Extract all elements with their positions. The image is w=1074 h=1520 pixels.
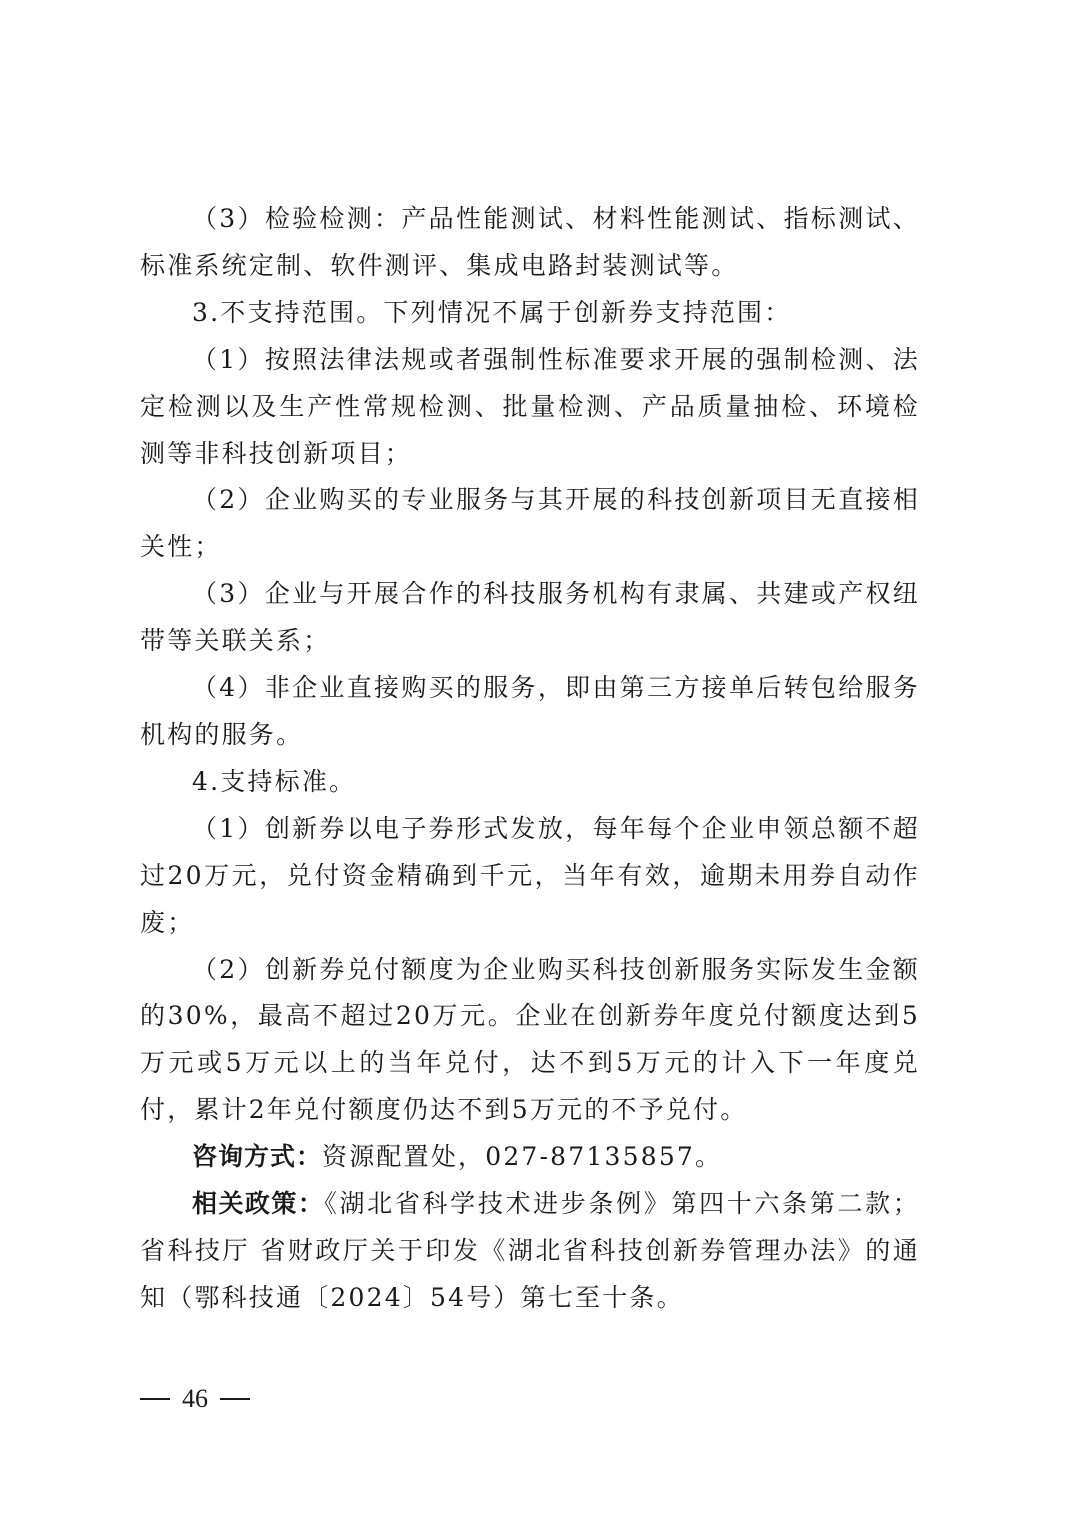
page-footer: 46 bbox=[140, 1384, 250, 1414]
paragraph-support-standard-heading: 4.支持标准。 bbox=[140, 759, 920, 806]
contact-text: 资源配置处，027-87135857。 bbox=[322, 1142, 722, 1171]
dash-left bbox=[140, 1398, 170, 1400]
paragraph-contact: 咨询方式：资源配置处，027-87135857。 bbox=[140, 1134, 920, 1181]
paragraph-related-policy: 相关政策：《湖北省科学技术进步条例》第四十六条第二款；省科技厅 省财政厅关于印发… bbox=[140, 1181, 920, 1322]
paragraph-support-standard-2: （2）创新券兑付额度为企业购买科技创新服务实际发生金额的30%，最高不超过20万… bbox=[140, 947, 920, 1135]
paragraph-unsupported-item-4: （4）非企业直接购买的服务，即由第三方接单后转包给服务机构的服务。 bbox=[140, 665, 920, 759]
document-page: （3）检验检测：产品性能测试、材料性能测试、指标测试、标准系统定制、软件测评、集… bbox=[140, 196, 920, 1322]
paragraph-unsupported-item-3: （3）企业与开展合作的科技服务机构有隶属、共建或产权纽带等关联关系； bbox=[140, 571, 920, 665]
paragraph-unsupported-scope-heading: 3.不支持范围。下列情况不属于创新券支持范围： bbox=[140, 290, 920, 337]
paragraph-unsupported-item-2: （2）企业购买的专业服务与其开展的科技创新项目无直接相关性； bbox=[140, 477, 920, 571]
paragraph-unsupported-item-1: （1）按照法律法规或者强制性标准要求开展的强制检测、法定检测以及生产性常规检测、… bbox=[140, 337, 920, 478]
page-number: 46 bbox=[182, 1384, 208, 1414]
paragraph-testing-services: （3）检验检测：产品性能测试、材料性能测试、指标测试、标准系统定制、软件测评、集… bbox=[140, 196, 920, 290]
dash-right bbox=[220, 1398, 250, 1400]
policy-label: 相关政策： bbox=[192, 1189, 324, 1218]
paragraph-support-standard-1: （1）创新券以电子券形式发放，每年每个企业申领总额不超过20万元，兑付资金精确到… bbox=[140, 806, 920, 947]
contact-label: 咨询方式： bbox=[192, 1142, 322, 1171]
